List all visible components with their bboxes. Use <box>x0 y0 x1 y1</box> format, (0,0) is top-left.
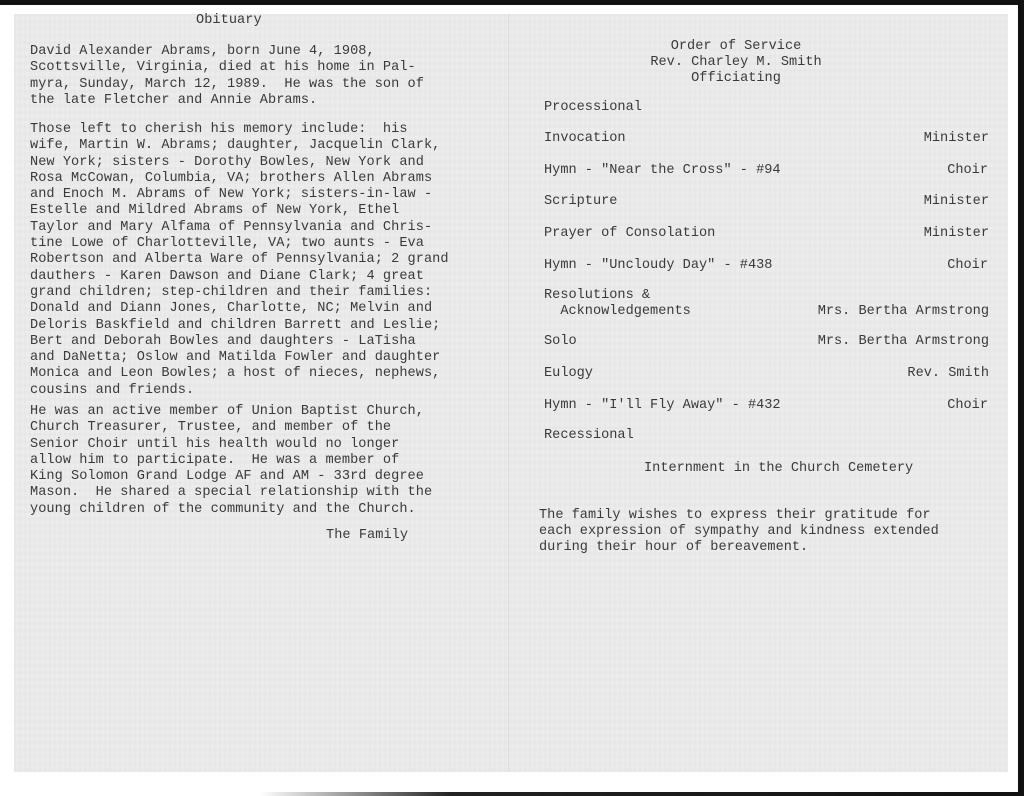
page-fold-line <box>508 14 509 772</box>
service-item-label: Prayer of Consolation <box>544 226 715 242</box>
internment-note: Internment in the Church Cemetery <box>644 461 913 476</box>
service-item-performer: Mrs. Bertha Armstrong <box>818 334 989 350</box>
service-item-performer: Minister <box>924 194 989 210</box>
obituary-paragraph-church: He was an active member of Union Baptist… <box>30 404 432 518</box>
service-officiating: Officiating <box>540 71 932 87</box>
gratitude-note: The family wishes to express their grati… <box>539 508 939 556</box>
service-title: Order of Service <box>540 39 932 55</box>
service-item-label: Solo <box>544 334 577 350</box>
obituary-paragraph-survivors: Those left to cherish his memory include… <box>30 122 449 399</box>
service-item-label: Processional <box>544 100 642 116</box>
service-item-label: Eulogy <box>544 366 593 382</box>
service-item-performer: Choir <box>947 258 988 274</box>
service-item-label: Scripture <box>544 194 617 210</box>
service-item-label: Hymn - "I'll Fly Away" - #432 <box>544 398 781 414</box>
service-item-performer: Choir <box>947 163 988 179</box>
obituary-title: Obituary <box>196 13 262 29</box>
obituary-paragraph-birth: David Alexander Abrams, born June 4, 190… <box>30 44 424 109</box>
scan-top-edge <box>0 0 1024 5</box>
service-item-performer: Minister <box>924 131 989 147</box>
service-item-label: Resolutions & Acknowledgements <box>544 288 691 321</box>
service-item-label: Hymn - "Near the Cross" - #94 <box>544 163 781 179</box>
obituary-signature: The Family <box>326 528 408 544</box>
service-officiant: Rev. Charley M. Smith <box>540 55 932 71</box>
service-item-performer: Rev. Smith <box>907 366 989 382</box>
service-item-label: Recessional <box>544 428 634 444</box>
service-item-label: Hymn - "Uncloudy Day" - #438 <box>544 258 772 274</box>
scan-right-edge <box>1018 0 1024 796</box>
scan-bottom-edge <box>260 792 1024 796</box>
service-item-performer: Mrs. Bertha Armstrong <box>818 304 989 320</box>
service-item-label: Invocation <box>544 131 626 147</box>
service-item-performer: Choir <box>947 398 988 414</box>
service-item-performer: Minister <box>924 226 989 242</box>
